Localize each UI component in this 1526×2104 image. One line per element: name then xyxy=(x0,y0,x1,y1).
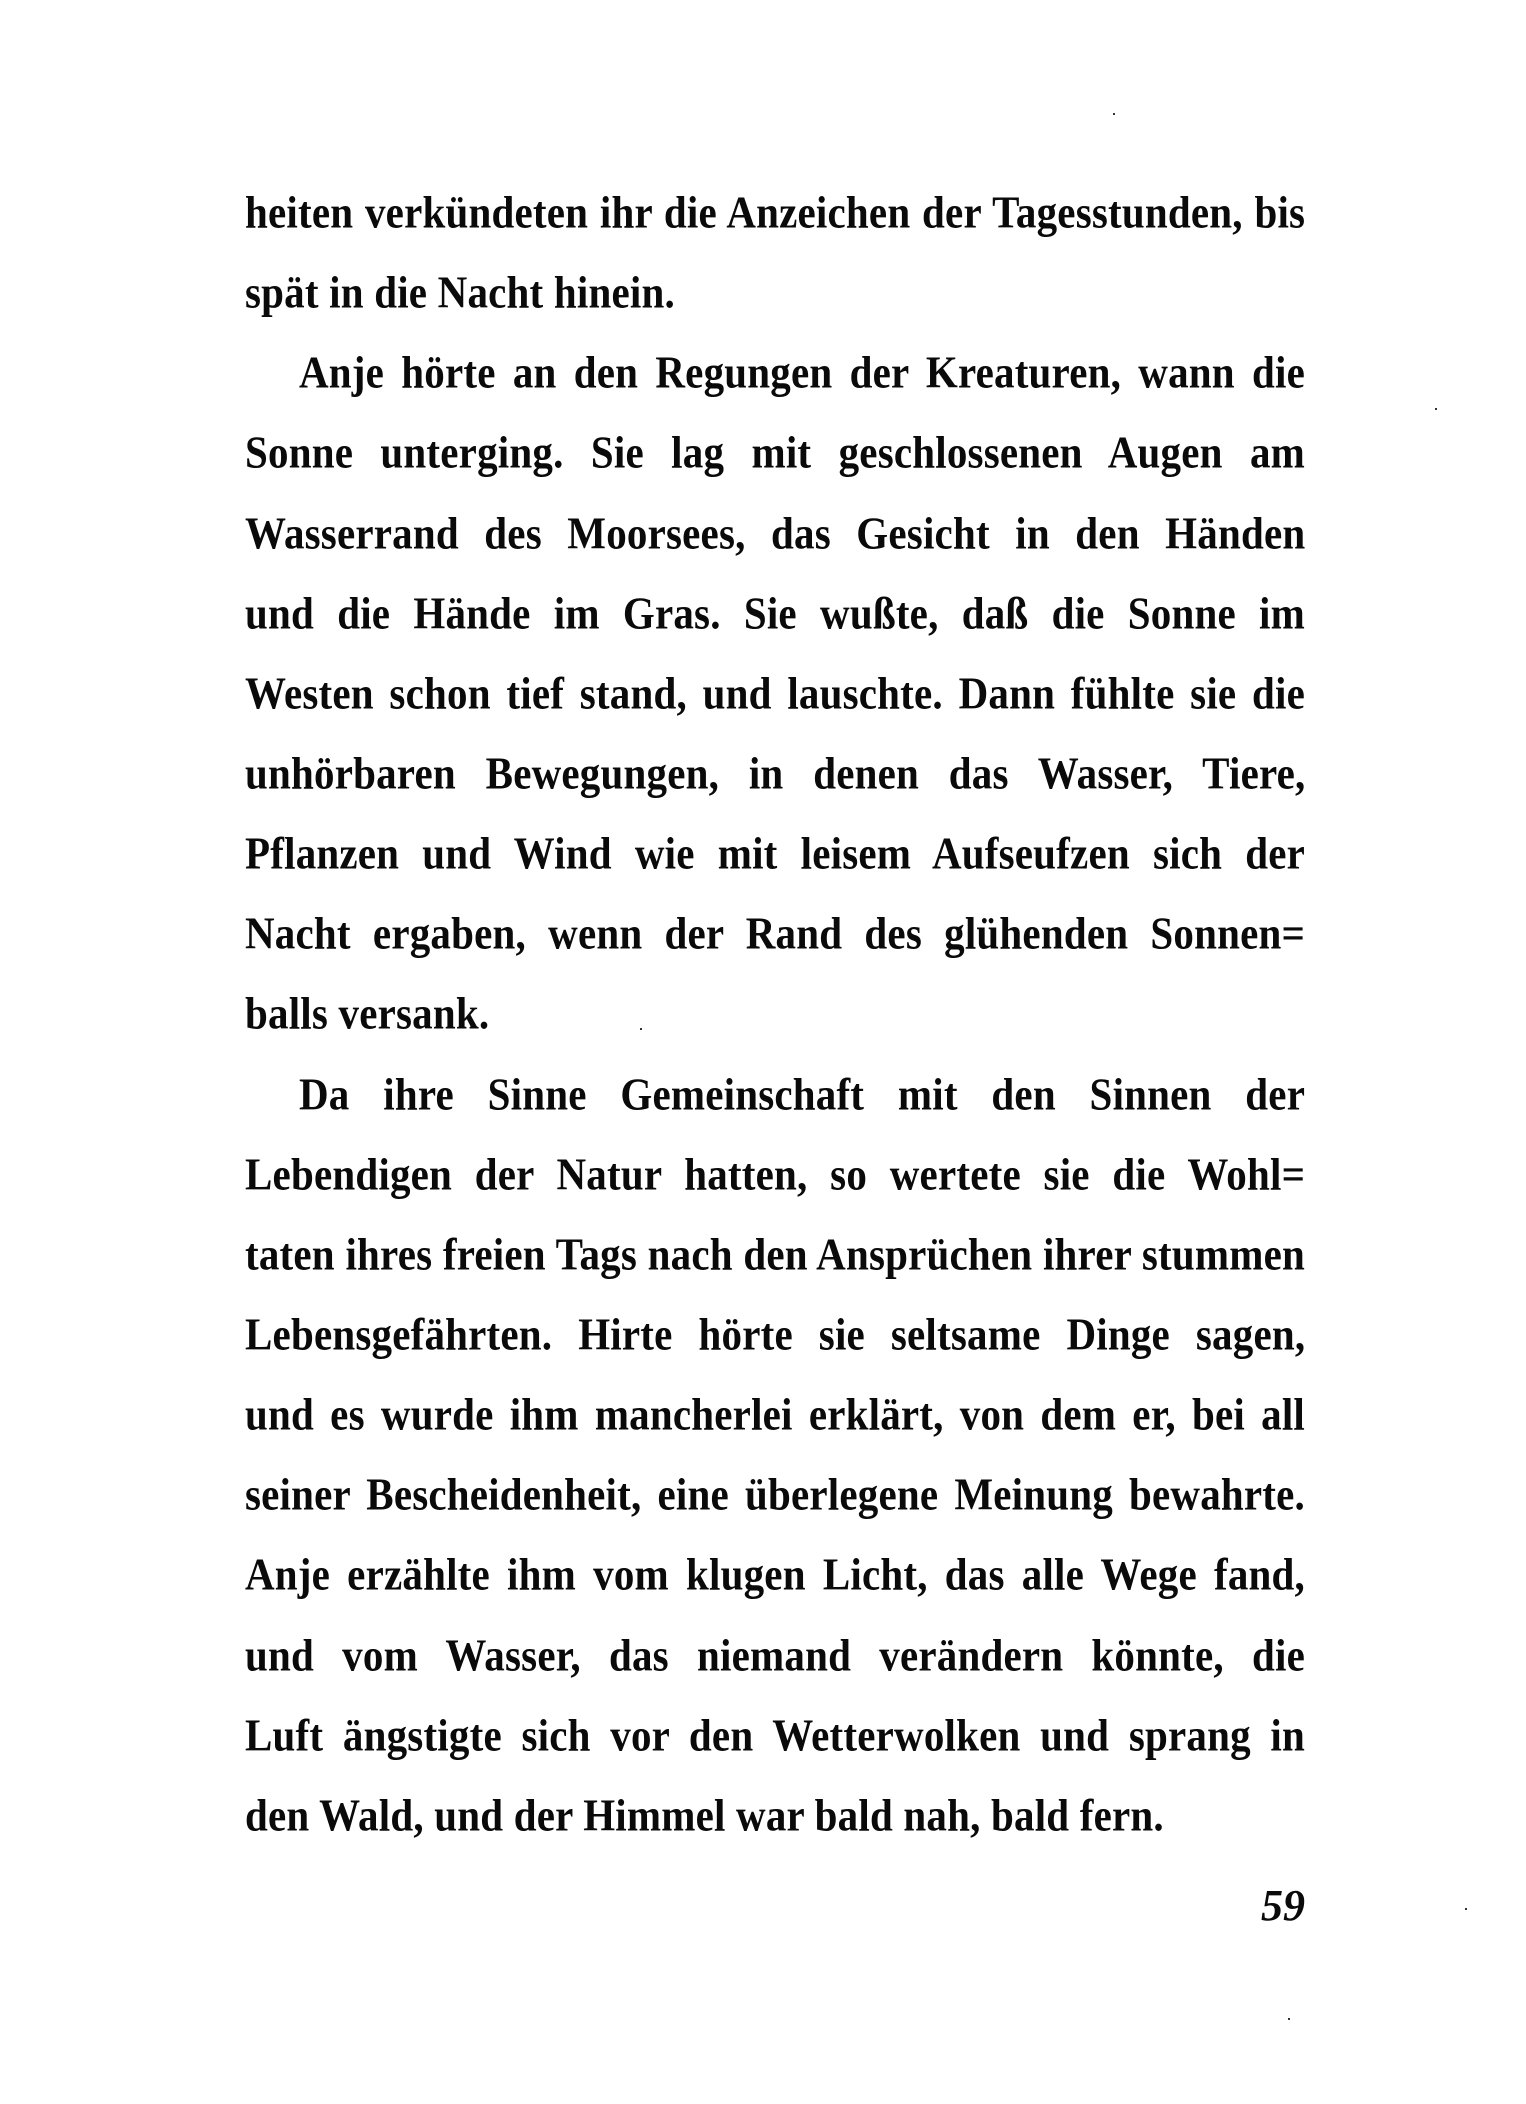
text-line: und es wurde ihm mancherlei erklärt, von… xyxy=(245,1378,1305,1468)
text-line: und die Hände im Gras. Sie wußte, daß di… xyxy=(245,577,1305,667)
text-line: Sonne unterging. Sie lag mit geschlossen… xyxy=(245,416,1305,506)
text-line: den Wald, und der Himmel war bald nah, b… xyxy=(245,1779,1305,1869)
page-number: 59 xyxy=(1261,1880,1305,1931)
text-line: balls versank. xyxy=(245,977,1305,1067)
text-line: Wasserrand des Moorsees, das Gesicht in … xyxy=(245,497,1305,587)
text-line: heiten verkündeten ihr die Anzeichen der… xyxy=(245,176,1305,266)
text-line: Westen schon tief stand, und lauschte. D… xyxy=(245,657,1305,747)
paragraph-2: Anje hörte an den Regungen der Kreaturen… xyxy=(245,336,1305,1057)
scan-speck xyxy=(1113,113,1115,115)
scan-speck xyxy=(1288,2018,1290,2020)
text-line: Luft ängstigte sich vor den Wetterwolken… xyxy=(245,1699,1305,1789)
text-line: Da ihre Sinne Gemeinschaft mit den Sinne… xyxy=(245,1058,1305,1148)
text-line: Pflanzen und Wind wie mit leisem Aufseuf… xyxy=(245,817,1305,907)
text-line: unhörbaren Bewegungen, in denen das Wass… xyxy=(245,737,1305,827)
scan-speck xyxy=(1465,1908,1467,1910)
paragraph-3: Da ihre Sinne Gemeinschaft mit den Sinne… xyxy=(245,1058,1305,1859)
book-page: heiten verkündeten ihr die Anzeichen der… xyxy=(0,0,1526,2104)
text-line: Nacht ergaben, wenn der Rand des glühend… xyxy=(245,897,1305,987)
text-line: Anje hörte an den Regungen der Kreaturen… xyxy=(245,336,1305,426)
text-line: seiner Bescheidenheit, eine überlegene M… xyxy=(245,1458,1305,1548)
text-line: taten ihres freien Tags nach den Ansprüc… xyxy=(245,1218,1305,1308)
text-line: Lebensgefährten. Hirte hörte sie seltsam… xyxy=(245,1298,1305,1388)
text-line: spät in die Nacht hinein. xyxy=(245,256,1305,346)
text-line: und vom Wasser, das niemand verändern kö… xyxy=(245,1619,1305,1709)
text-line: Anje erzählte ihm vom klugen Licht, das … xyxy=(245,1538,1305,1628)
scan-speck xyxy=(640,1028,642,1030)
text-line: Lebendigen der Natur hatten, so wertete … xyxy=(245,1138,1305,1228)
body-text: heiten verkündeten ihr die Anzeichen der… xyxy=(245,176,1305,1859)
scan-speck xyxy=(1435,408,1437,410)
paragraph-1: heiten verkündeten ihr die Anzeichen der… xyxy=(245,176,1305,336)
